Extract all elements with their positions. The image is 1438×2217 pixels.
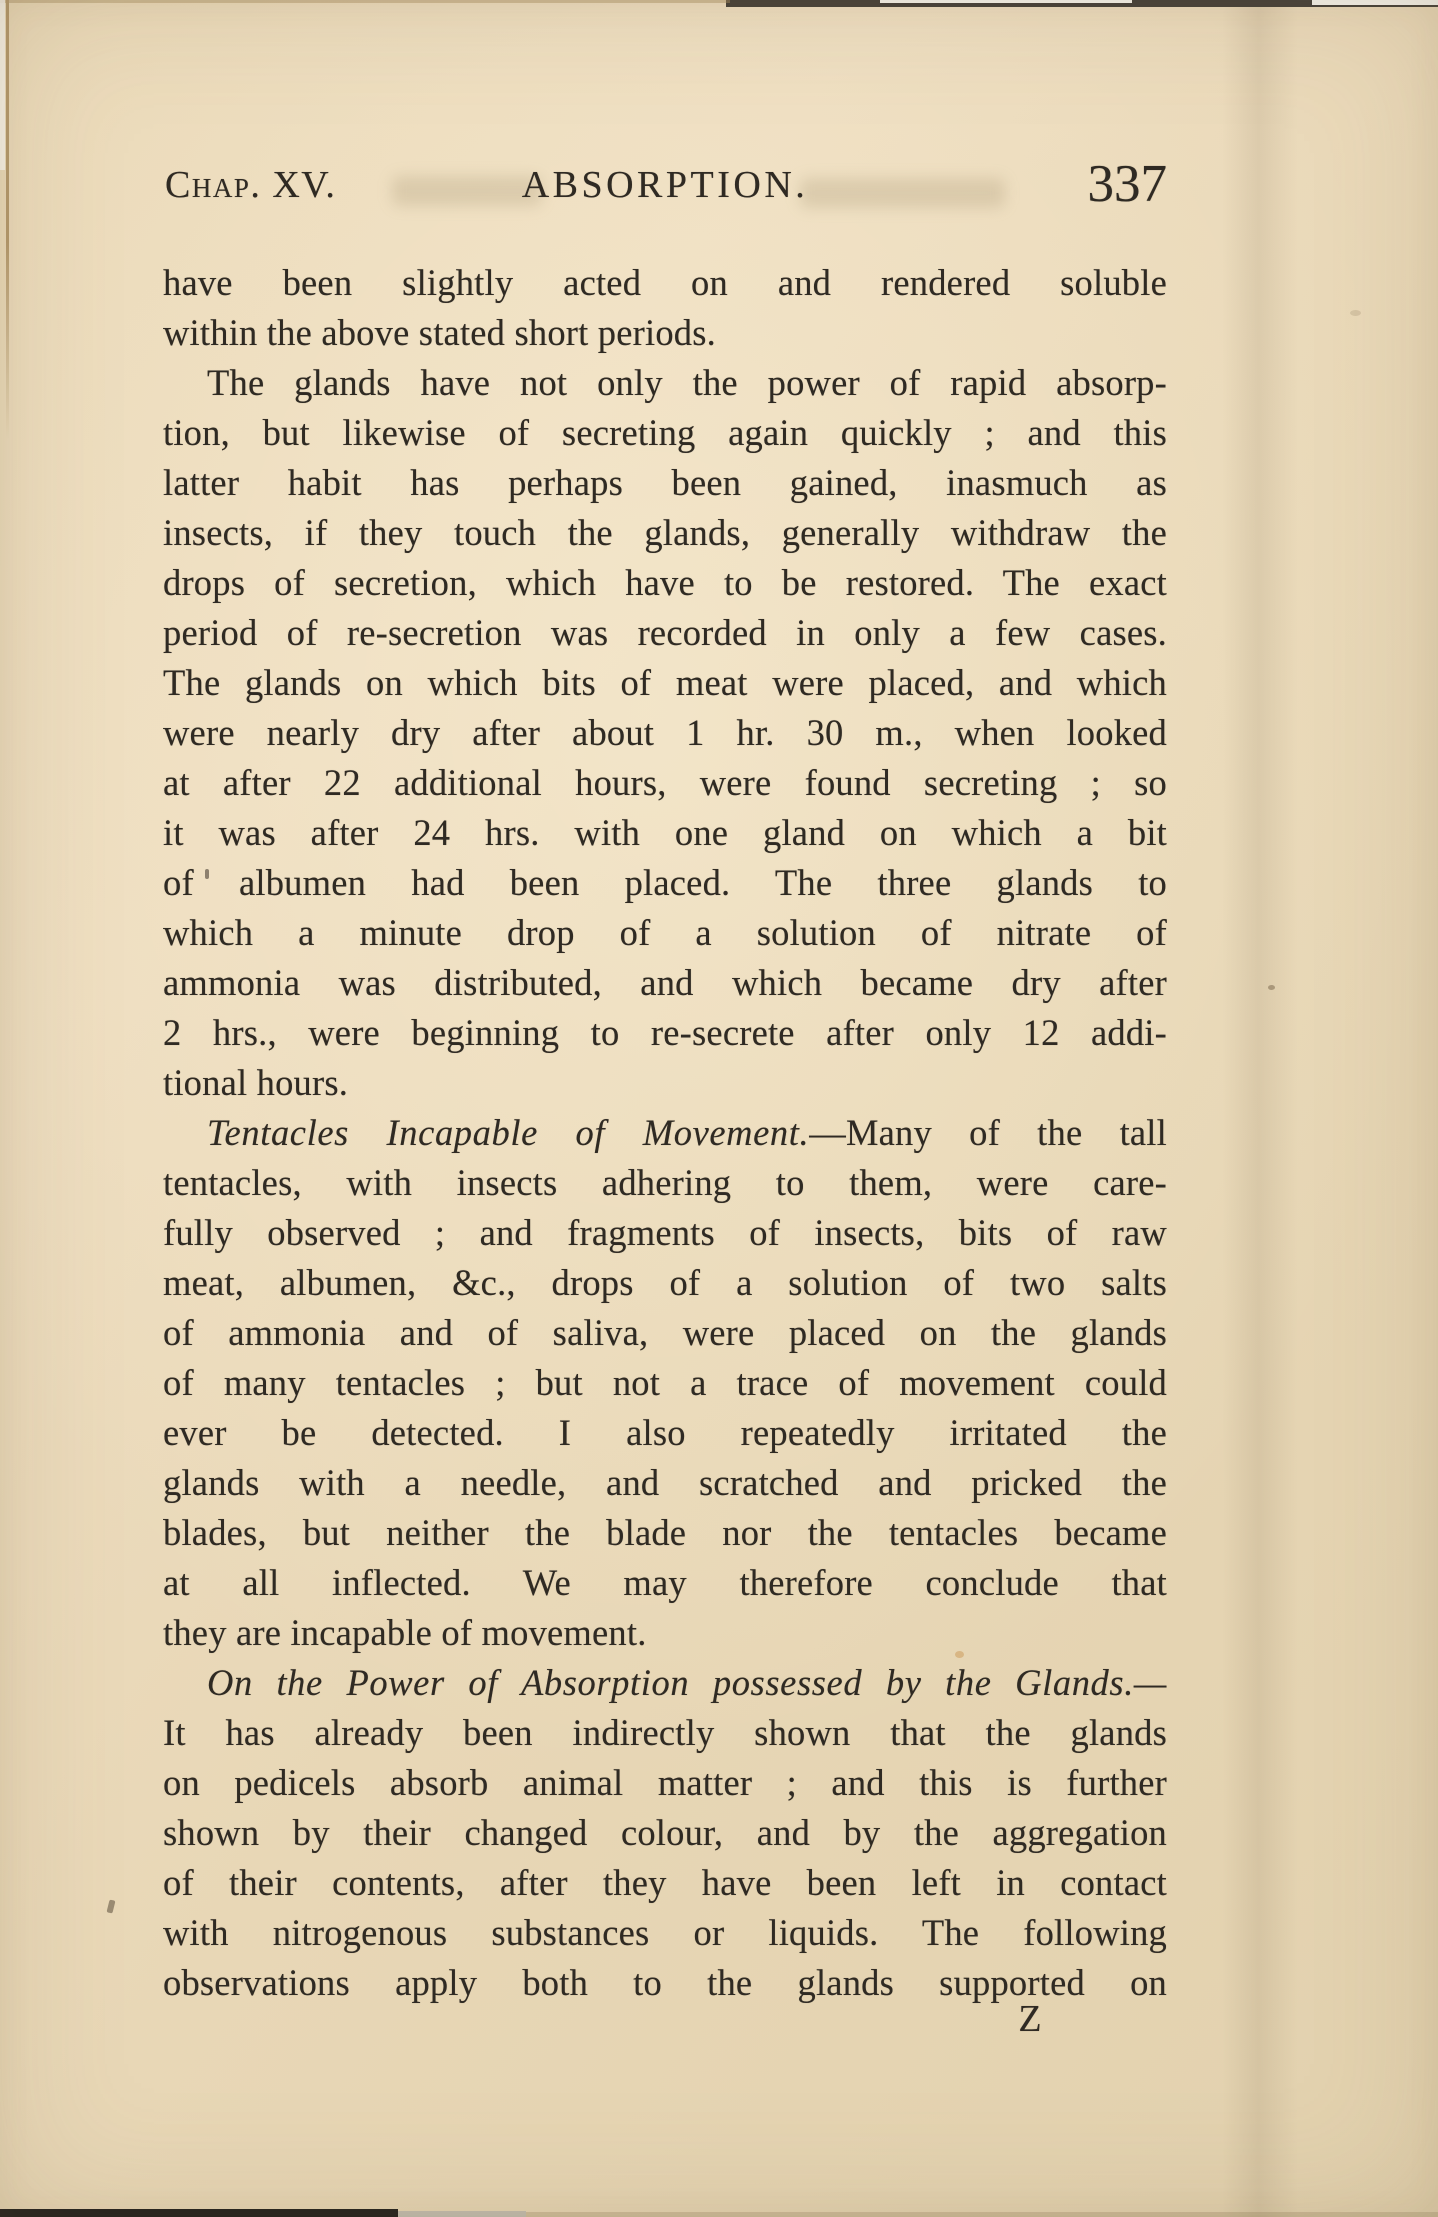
text-segment: they are incapable of movement. — [163, 1612, 647, 1653]
text-segment: It has already been indirectly shown tha… — [163, 1712, 1167, 1753]
text-line-17: tional hours. — [163, 1058, 1167, 1108]
text-line-14: which a minute drop of a solution of nit… — [163, 908, 1167, 958]
ink-speck — [1350, 310, 1361, 316]
text-line-32: shown by their changed colour, and by th… — [163, 1808, 1167, 1858]
text-segment: meat, albumen, &c., drops of a solution … — [163, 1262, 1167, 1303]
text-line-11: at after 22 additional hours, were found… — [163, 758, 1167, 808]
text-segment: tentacles, with insects adhering to them… — [163, 1162, 1167, 1203]
text-segment: on pedicels absorb animal matter ; and t… — [163, 1762, 1167, 1803]
text-segment: within the above stated short periods. — [163, 312, 716, 353]
text-line-7: drops of secretion, which have to be res… — [163, 558, 1167, 608]
text-segment: which a minute drop of a solution of nit… — [163, 912, 1167, 953]
text-line-3: The glands have not only the power of ra… — [163, 358, 1167, 408]
text-segment: of ammonia and of saliva, were placed on… — [163, 1312, 1167, 1353]
text-line-33: of their contents, after they have been … — [163, 1858, 1167, 1908]
scan-edge-bottom-dark — [0, 2209, 398, 2217]
text-line-31: on pedicels absorb animal matter ; and t… — [163, 1758, 1167, 1808]
text-line-4: tion, but likewise of secreting again qu… — [163, 408, 1167, 458]
text-line-34: with nitrogenous substances or liquids. … — [163, 1908, 1167, 1958]
scan-edge-bottom-gray — [398, 2211, 526, 2217]
text-line-18: Tentacles Incapable of Movement.—Many of… — [163, 1108, 1167, 1158]
text-line-29: On the Power of Absorption possessed by … — [163, 1658, 1167, 1708]
book-page-scan: Chap. XV. ABSORPTION. 337 have been slig… — [0, 0, 1438, 2217]
text-line-27: at all inflected. We may therefore concl… — [163, 1558, 1167, 1608]
text-line-24: ever be detected. I also repeatedly irri… — [163, 1408, 1167, 1458]
scan-edge-top-tan — [0, 0, 730, 3]
text-segment: latter habit has perhaps been gained, in… — [163, 462, 1167, 503]
text-segment: The glands have not only the power of ra… — [207, 362, 1167, 403]
scan-edge-top-white — [1312, 0, 1438, 5]
text-line-9: The glands on which bits of meat were pl… — [163, 658, 1167, 708]
text-segment: tion, but likewise of secreting again qu… — [163, 412, 1167, 453]
text-line-30: It has already been indirectly shown tha… — [163, 1708, 1167, 1758]
text-segment: —Many of the tall — [809, 1112, 1167, 1153]
text-segment: at all inflected. We may therefore concl… — [163, 1562, 1167, 1603]
body-text: have been slightly acted on and rendered… — [163, 258, 1167, 2008]
text-line-28: they are incapable of movement. — [163, 1608, 1167, 1658]
text-line-19: tentacles, with insects adhering to them… — [163, 1158, 1167, 1208]
text-segment: ever be detected. I also repeatedly irri… — [163, 1412, 1167, 1453]
text-line-20: fully observed ; and fragments of insect… — [163, 1208, 1167, 1258]
text-line-12: it was after 24 hrs. with one gland on w… — [163, 808, 1167, 858]
running-header: Chap. XV. ABSORPTION. 337 — [163, 148, 1167, 208]
text-segment: of their contents, after they have been … — [163, 1862, 1167, 1903]
page-number: 337 — [1088, 154, 1168, 214]
page-edge-line — [6, 0, 9, 440]
text-line-25: glands with a needle, and scratched and … — [163, 1458, 1167, 1508]
text-line-6: insects, if they touch the glands, gener… — [163, 508, 1167, 558]
text-segment: of albumen had been placed. The three gl… — [163, 862, 1167, 903]
text-segment: of many tentacles ; but not a trace of m… — [163, 1362, 1167, 1403]
text-segment: ammonia was distributed, and which becam… — [163, 962, 1167, 1003]
text-segment: were nearly dry after about 1 hr. 30 m.,… — [163, 712, 1167, 753]
text-line-13: of albumen had been placed. The three gl… — [163, 858, 1167, 908]
text-line-16: 2 hrs., were beginning to re-secrete aft… — [163, 1008, 1167, 1058]
text-segment: have been slightly acted on and rendered… — [163, 262, 1167, 303]
text-segment: fully observed ; and fragments of insect… — [163, 1212, 1167, 1253]
text-segment: it was after 24 hrs. with one gland on w… — [163, 812, 1167, 853]
text-line-10: were nearly dry after about 1 hr. 30 m.,… — [163, 708, 1167, 758]
text-line-23: of many tentacles ; but not a trace of m… — [163, 1358, 1167, 1408]
text-segment: insects, if they touch the glands, gener… — [163, 512, 1167, 553]
text-segment: blades, but neither the blade nor the te… — [163, 1512, 1167, 1553]
text-segment: with nitrogenous substances or liquids. … — [163, 1912, 1167, 1953]
text-segment: The glands on which bits of meat were pl… — [163, 662, 1167, 703]
text-segment: 2 hrs., were beginning to re-secrete aft… — [163, 1012, 1167, 1053]
italic-text-segment: Tentacles Incapable of Movement. — [207, 1112, 809, 1153]
text-line-8: period of re-secretion was recorded in o… — [163, 608, 1167, 658]
text-line-26: blades, but neither the blade nor the te… — [163, 1508, 1167, 1558]
text-line-15: ammonia was distributed, and which becam… — [163, 958, 1167, 1008]
foxing-spot — [955, 1651, 964, 1658]
text-segment: glands with a needle, and scratched and … — [163, 1462, 1167, 1503]
italic-text-segment: On the Power of Absorption possessed by … — [207, 1662, 1167, 1703]
page-gutter-shadow — [1222, 0, 1298, 2217]
ink-speck — [107, 1899, 116, 1913]
chapter-label: Chap. XV. — [165, 163, 336, 207]
text-line-22: of ammonia and of saliva, were placed on… — [163, 1308, 1167, 1358]
page-title: ABSORPTION. — [522, 163, 809, 207]
text-segment: drops of secretion, which have to be res… — [163, 562, 1167, 603]
text-segment: tional hours. — [163, 1062, 348, 1103]
stray-ink-mark — [205, 869, 209, 879]
ink-speck — [1268, 985, 1275, 990]
scan-edge-top-white — [880, 0, 1132, 3]
text-line-2: within the above stated short periods. — [163, 308, 1167, 358]
text-line-5: latter habit has perhaps been gained, in… — [163, 458, 1167, 508]
scan-edge-left-white — [0, 0, 5, 170]
text-segment: at after 22 additional hours, were found… — [163, 762, 1167, 803]
text-line-1: have been slightly acted on and rendered… — [163, 258, 1167, 308]
text-line-21: meat, albumen, &c., drops of a solution … — [163, 1258, 1167, 1308]
text-segment: shown by their changed colour, and by th… — [163, 1812, 1167, 1853]
text-segment: period of re-secretion was recorded in o… — [163, 612, 1167, 653]
signature-mark: Z — [1003, 1997, 1057, 2041]
